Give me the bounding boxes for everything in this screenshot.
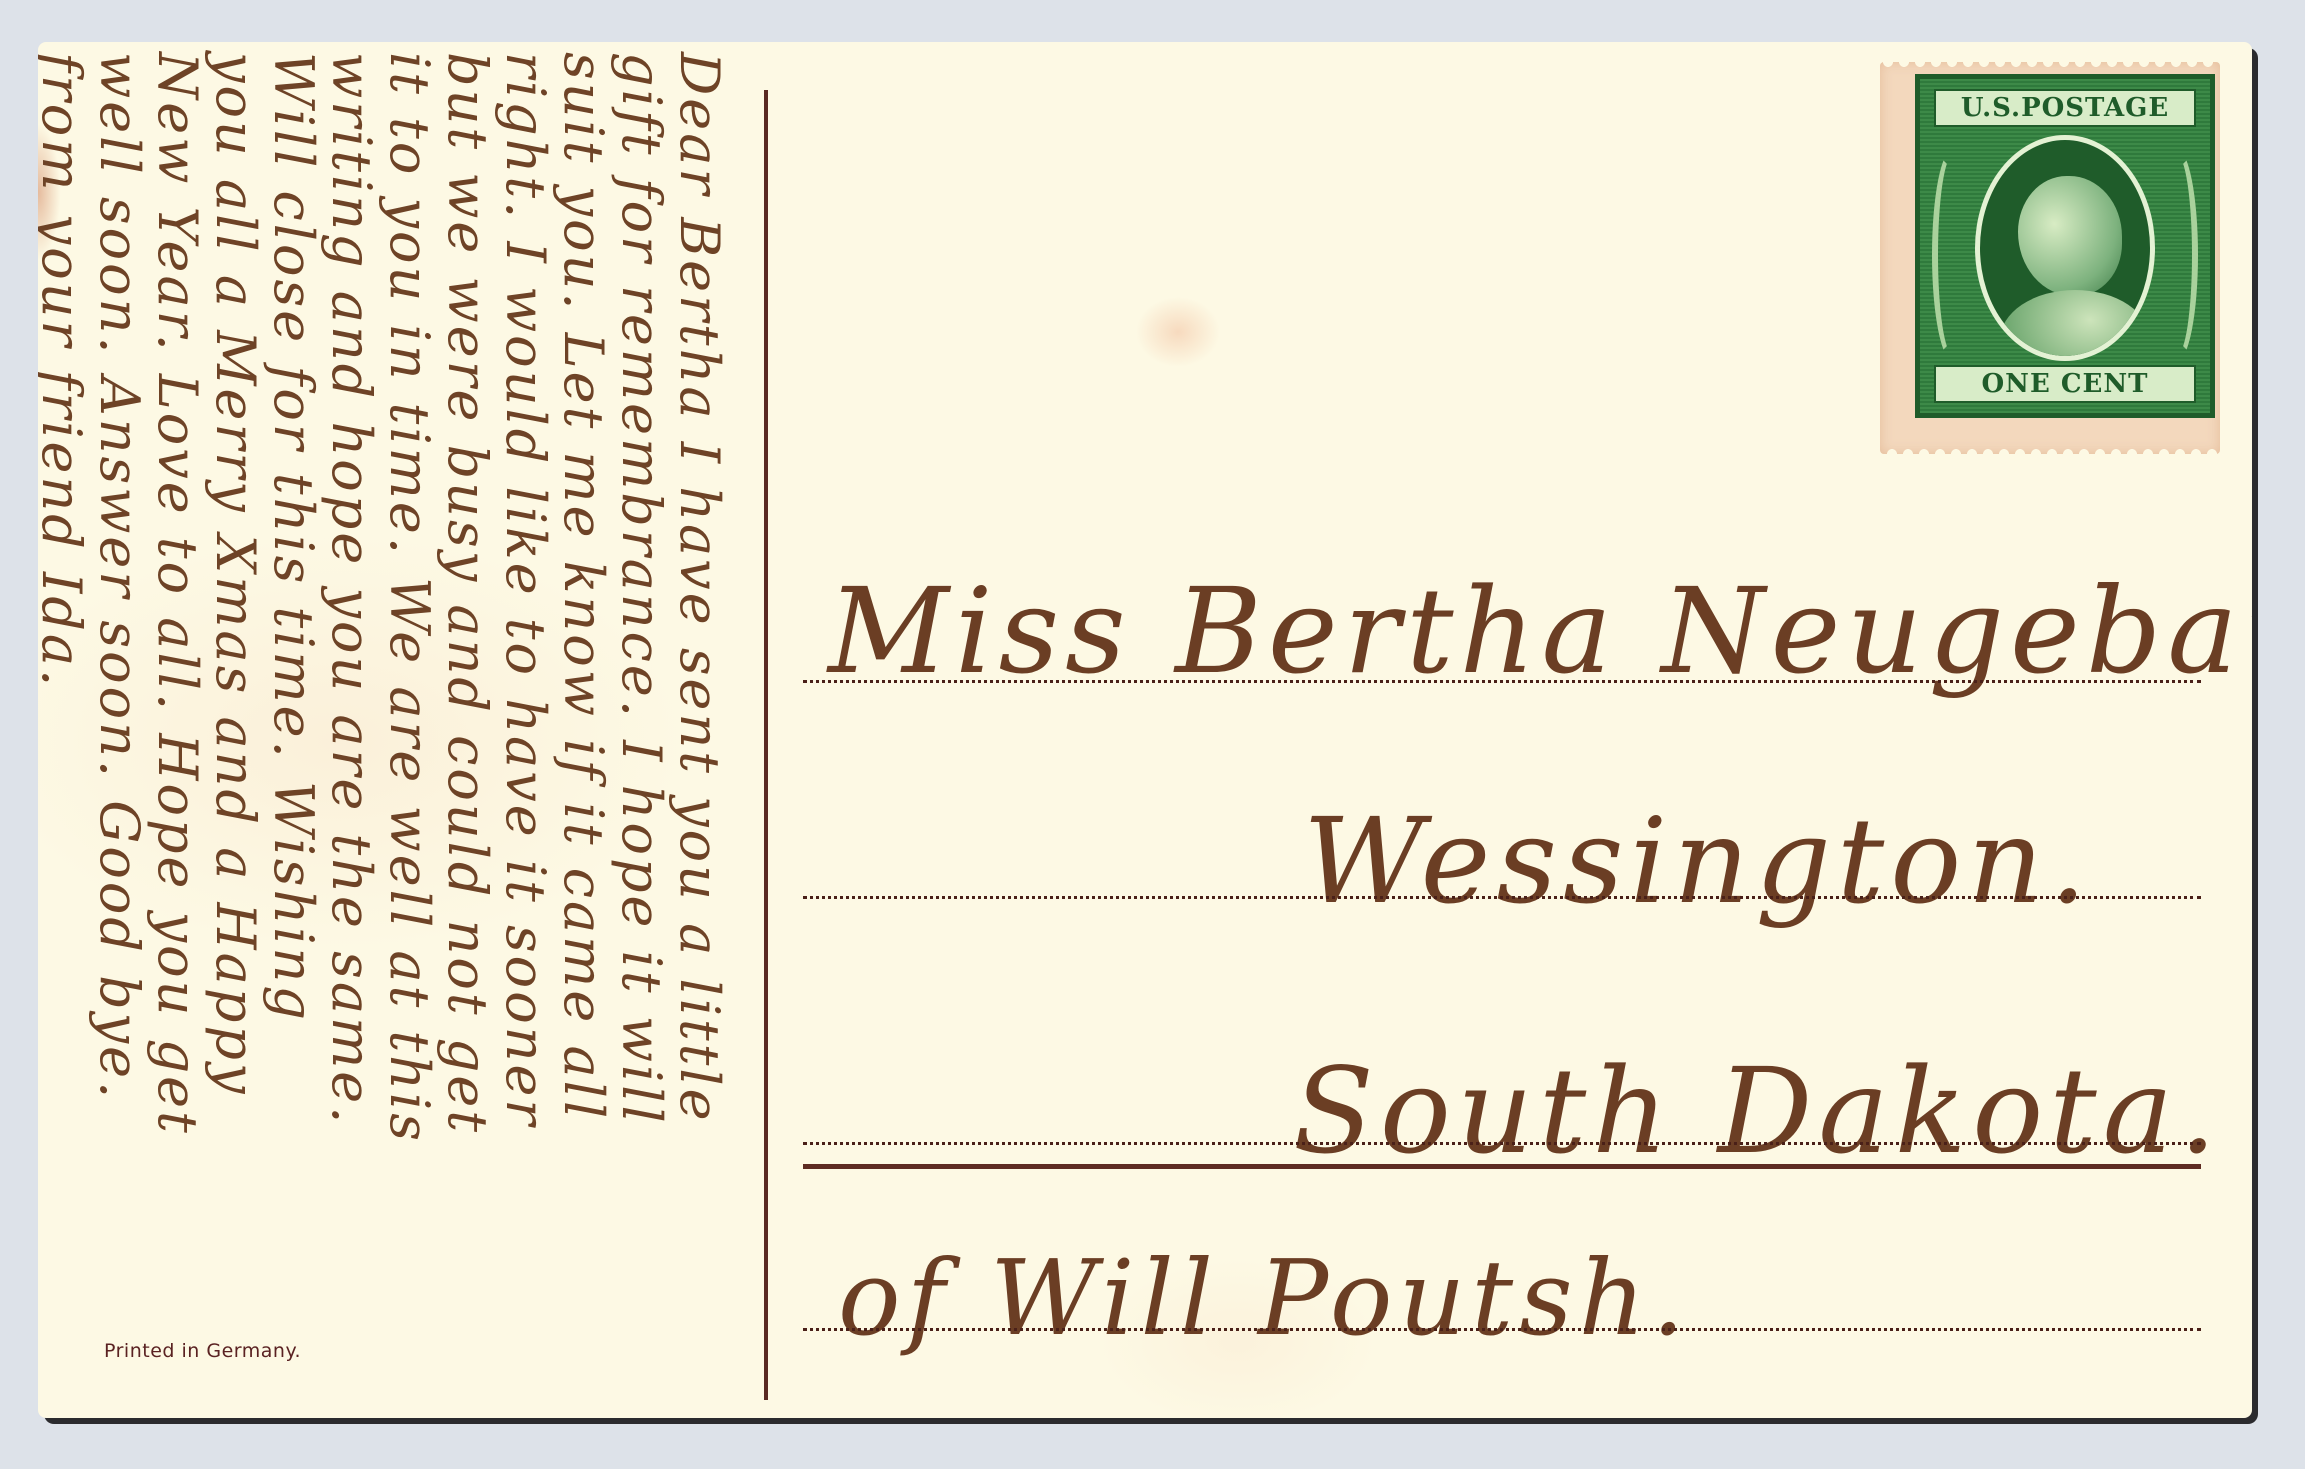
portrait-head — [2018, 176, 2122, 296]
address-line-1 — [803, 680, 2201, 683]
message-line: Will close for this time. Wishing — [264, 52, 322, 1362]
stamp-top-label: U.S.POSTAGE — [1934, 89, 2196, 127]
recipient-state: South Dakota. — [1293, 1042, 2223, 1180]
message-line: well soon. Answer soon. Good bye. — [90, 52, 148, 1362]
message-line: Dear Bertha I have sent you a little — [670, 52, 728, 1362]
handwritten-message: Dear Bertha I have sent you a little gif… — [38, 52, 728, 1362]
address-line-4 — [803, 1328, 2201, 1331]
address-line-3 — [803, 1142, 2201, 1145]
message-line: but we were busy and could not get — [438, 52, 496, 1362]
portrait-shoulders — [2000, 290, 2150, 361]
address-line-2 — [803, 896, 2201, 899]
message-line: New Year. Love to all. Hope you get — [148, 52, 206, 1362]
message-line: gift for remembrance. I hope it will — [612, 52, 670, 1362]
laurel-right-icon — [2156, 149, 2198, 361]
message-signature: from your friend Ida. — [38, 52, 90, 1362]
center-divider — [764, 90, 768, 1400]
recipient-city: Wessington. — [1303, 792, 2093, 930]
franklin-portrait-icon — [1975, 135, 2155, 361]
care-of-line: of Will Poutsh. — [838, 1237, 1691, 1359]
postcard-back: Dear Bertha I have sent you a little gif… — [38, 42, 2252, 1418]
message-line: suit you. Let me know if it came all — [554, 52, 612, 1362]
message-line: right. I would like to have it sooner — [496, 52, 554, 1362]
stamp-bottom-label: ONE CENT — [1934, 365, 2196, 403]
address-solid-rule — [803, 1164, 2201, 1169]
message-line: it to you in time. We are well at this — [380, 52, 438, 1362]
message-line: writing and hope you are the same. — [322, 52, 380, 1362]
message-line: you all a Merry Xmas and a Happy — [206, 52, 264, 1362]
postage-stamp: U.S.POSTAGE ONE CENT — [1915, 74, 2215, 418]
printed-in-germany-imprint: Printed in Germany. — [104, 1340, 301, 1362]
laurel-left-icon — [1932, 149, 1974, 361]
